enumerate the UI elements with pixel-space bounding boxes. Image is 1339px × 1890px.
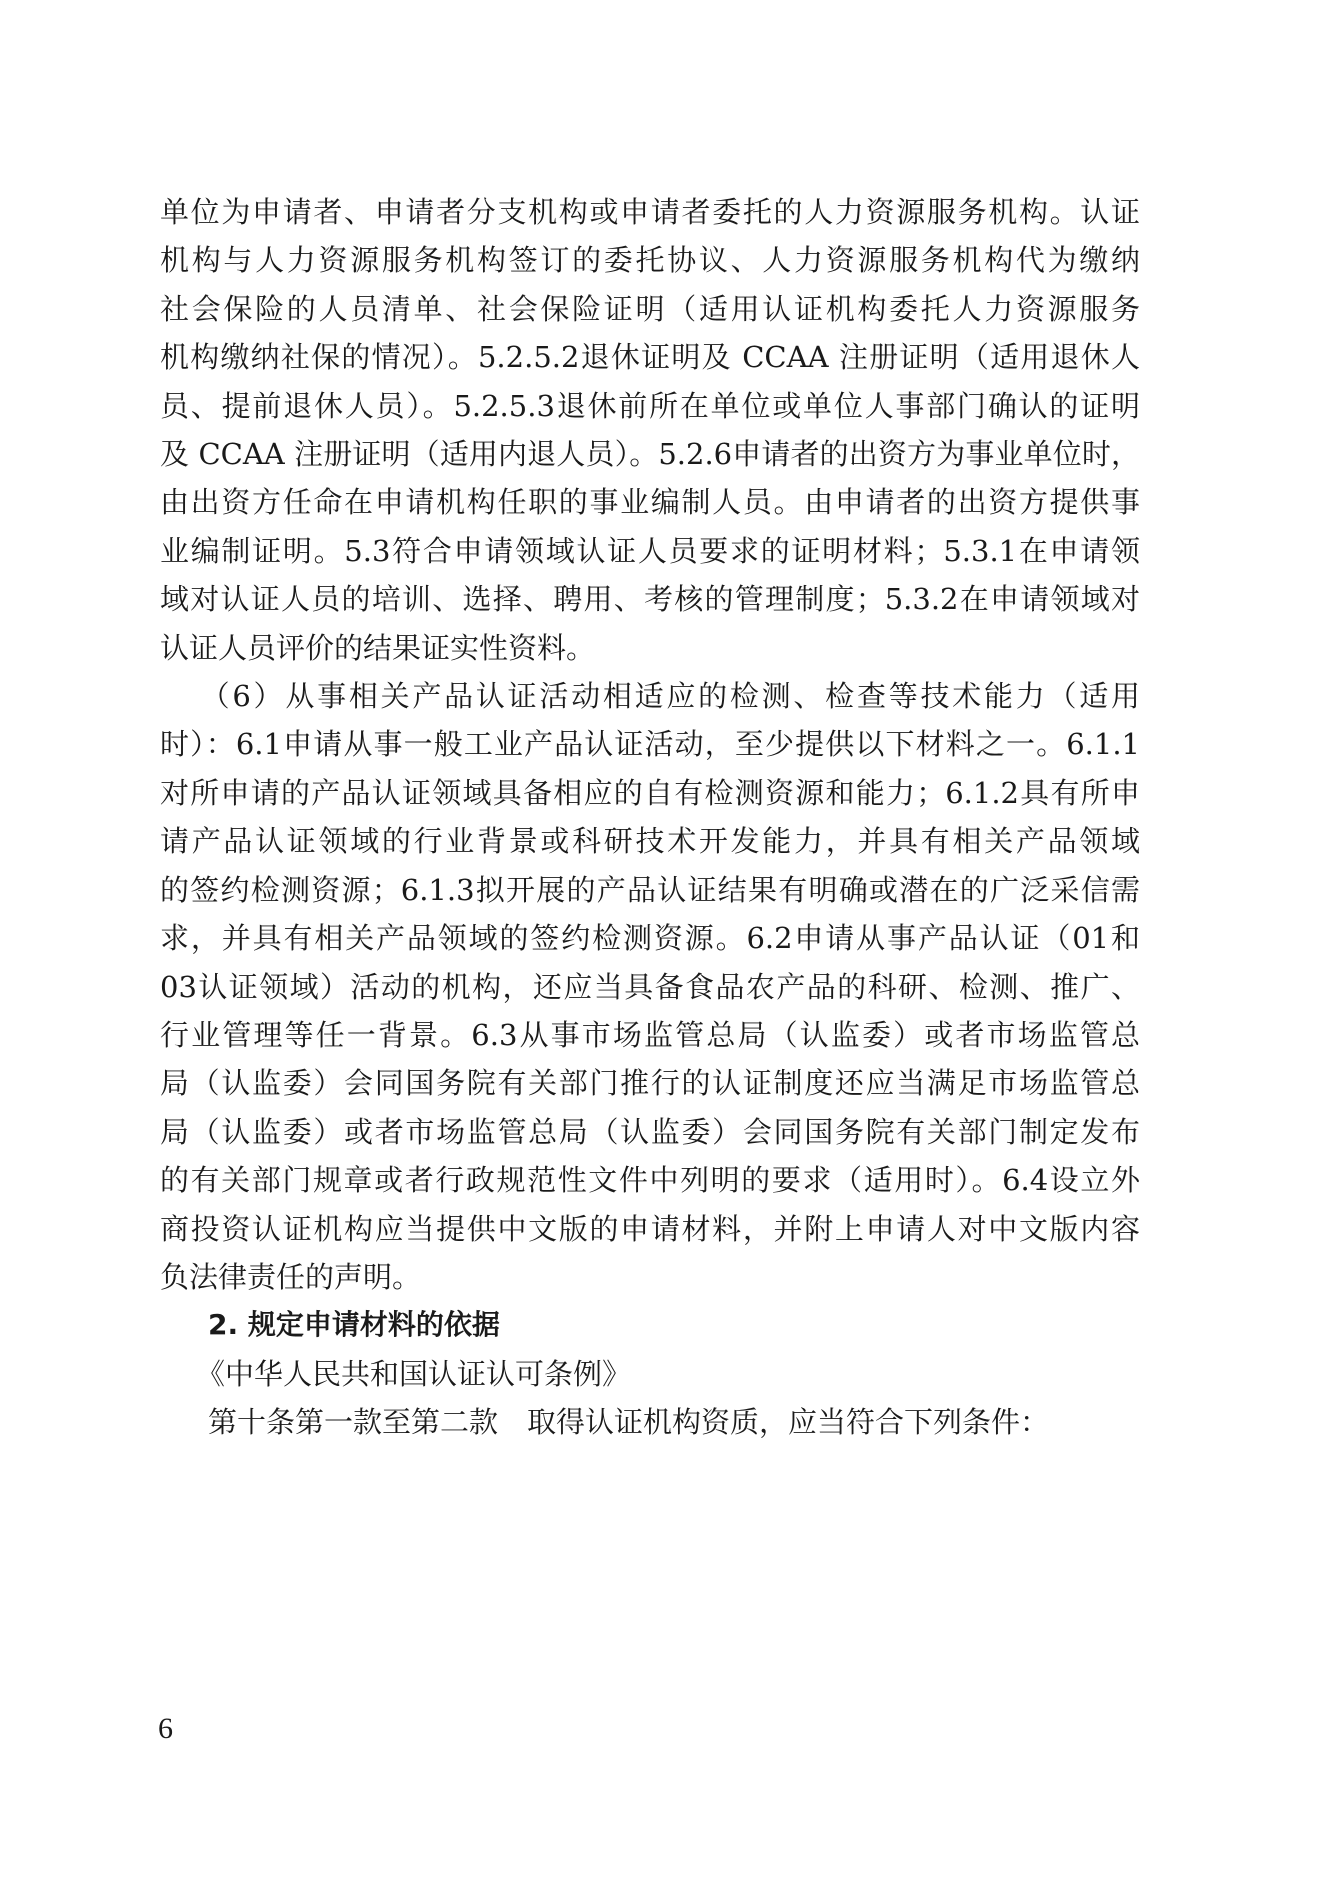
text-line: 认证人员评价的结果证实性资料。 <box>160 624 1140 672</box>
text-line: 单位为申请者、申请者分支机构或申请者委托的人力资源服务机构。认证 <box>160 188 1140 236</box>
text-line: 03认证领域）活动的机构，还应当具备食品农产品的科研、检测、推广、 <box>160 963 1140 1011</box>
text-line: 社会保险的人员清单、社会保险证明（适用认证机构委托人力资源服务 <box>160 285 1140 333</box>
article-line: 第十条第一款至第二款 取得认证机构资质，应当符合下列条件： <box>160 1398 1140 1446</box>
law-title: 《中华人民共和国认证认可条例》 <box>160 1350 1140 1398</box>
text-line: 域对认证人员的培训、选择、聘用、考核的管理制度；5.3.2在申请领域对 <box>160 575 1140 623</box>
paragraph-personnel-materials: 单位为申请者、申请者分支机构或申请者委托的人力资源服务机构。认证 机构与人力资源… <box>160 188 1140 672</box>
paragraph-technical-capability: （6）从事相关产品认证活动相适应的检测、检查等技术能力（适用 时）：6.1申请从… <box>160 672 1140 1301</box>
text-line: 业编制证明。5.3符合申请领域认证人员要求的证明材料；5.3.1在申请领 <box>160 527 1140 575</box>
text-line: 求，并具有相关产品领域的签约检测资源。6.2申请从事产品认证（01和 <box>160 914 1140 962</box>
text-line: （6）从事相关产品认证活动相适应的检测、检查等技术能力（适用 <box>160 672 1140 720</box>
page-number: 6 <box>158 1712 173 1746</box>
text-line: 局（认监委）会同国务院有关部门推行的认证制度还应当满足市场监管总 <box>160 1059 1140 1107</box>
text-line: 机构与人力资源服务机构签订的委托协议、人力资源服务机构代为缴纳 <box>160 236 1140 284</box>
section-heading: 2. 规定申请材料的依据 <box>160 1301 1140 1349</box>
text-line: 商投资认证机构应当提供中文版的申请材料，并附上申请人对中文版内容 <box>160 1205 1140 1253</box>
document-page: 单位为申请者、申请者分支机构或申请者委托的人力资源服务机构。认证 机构与人力资源… <box>160 188 1140 1447</box>
text-line: 负法律责任的声明。 <box>160 1253 1140 1301</box>
text-line: 的签约检测资源；6.1.3拟开展的产品认证结果有明确或潜在的广泛采信需 <box>160 866 1140 914</box>
text-line: 的有关部门规章或者行政规范性文件中列明的要求（适用时）。6.4设立外 <box>160 1156 1140 1204</box>
text-line: 行业管理等任一背景。6.3从事市场监管总局（认监委）或者市场监管总 <box>160 1011 1140 1059</box>
text-line: 由出资方任命在申请机构任职的事业编制人员。由申请者的出资方提供事 <box>160 478 1140 526</box>
text-line: 对所申请的产品认证领域具备相应的自有检测资源和能力；6.1.2具有所申 <box>160 769 1140 817</box>
text-line: 机构缴纳社保的情况）。5.2.5.2退休证明及 CCAA 注册证明（适用退休人 <box>160 333 1140 381</box>
text-line: 员、提前退休人员）。5.2.5.3退休前所在单位或单位人事部门确认的证明 <box>160 382 1140 430</box>
text-line: 局（认监委）或者市场监管总局（认监委）会同国务院有关部门制定发布 <box>160 1108 1140 1156</box>
text-line: 请产品认证领域的行业背景或科研技术开发能力，并具有相关产品领域 <box>160 817 1140 865</box>
text-line: 及 CCAA 注册证明（适用内退人员）。5.2.6申请者的出资方为事业单位时， <box>160 430 1140 478</box>
text-line: 时）：6.1申请从事一般工业产品认证活动，至少提供以下材料之一。6.1.1 <box>160 720 1140 768</box>
